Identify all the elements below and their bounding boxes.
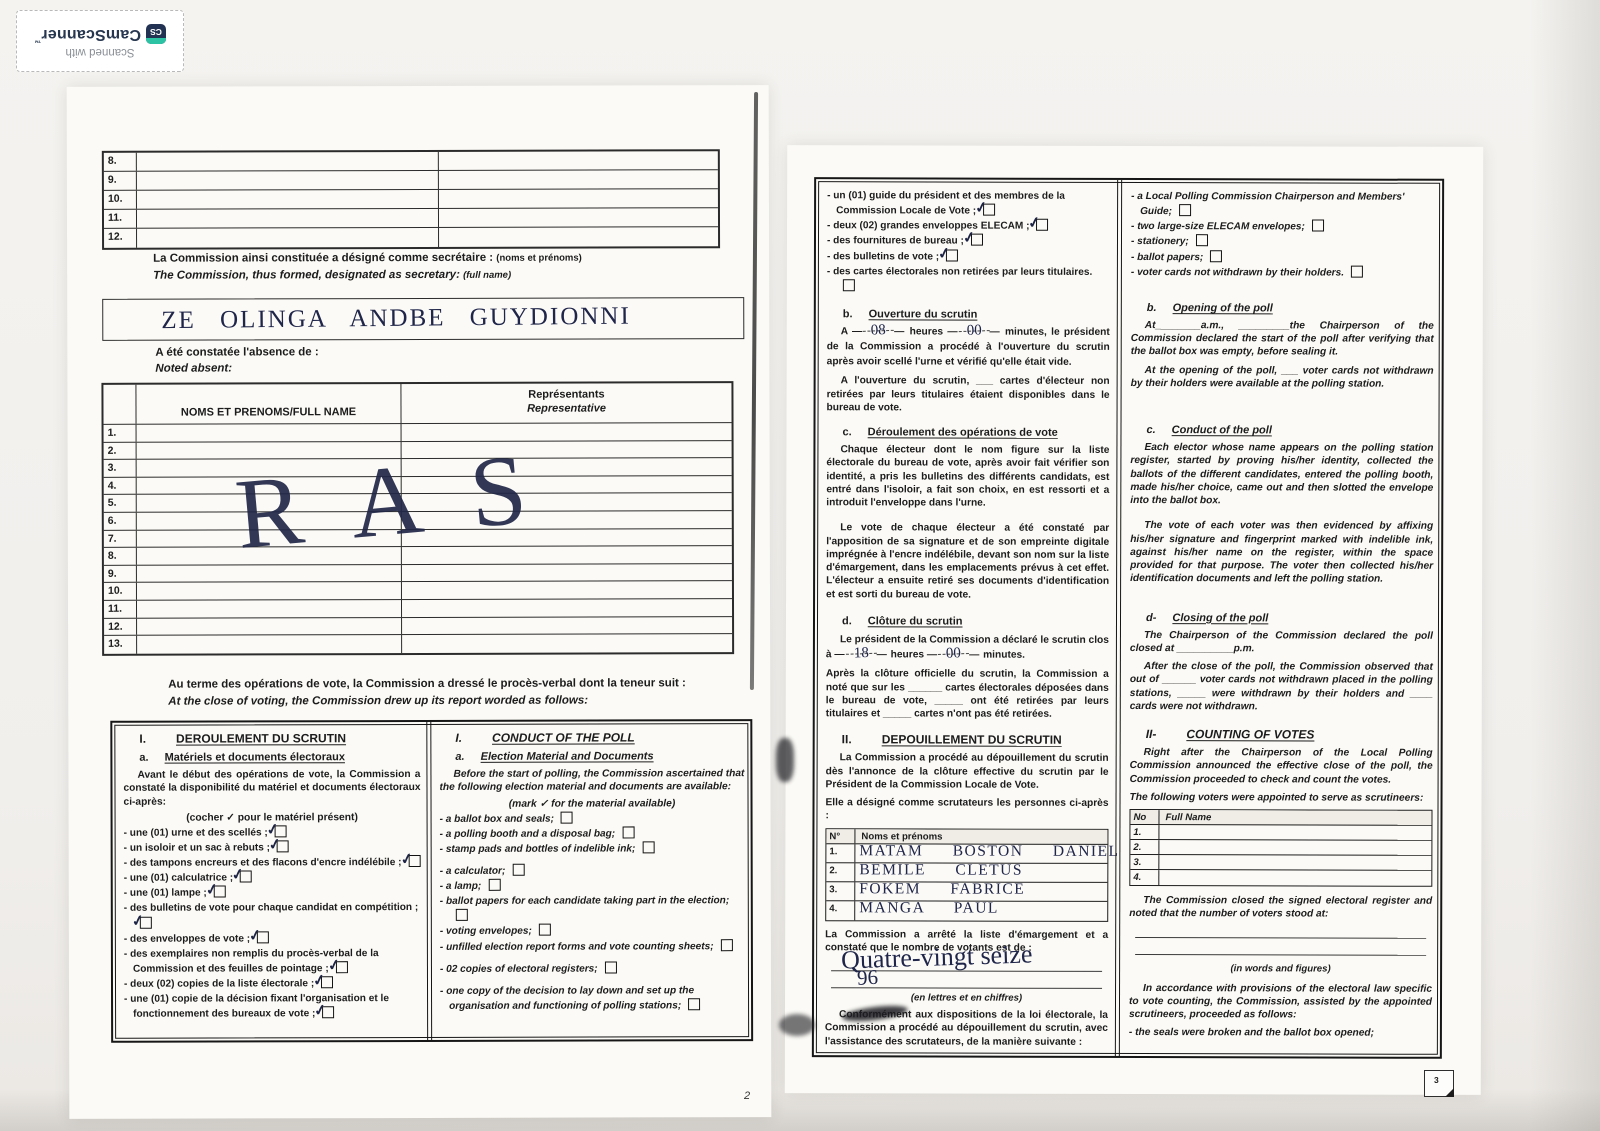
table-row: 12. [104, 617, 732, 636]
checkbox-icon [1037, 219, 1049, 231]
material-item: - stationery; [1131, 234, 1434, 250]
table-row: 2. [1130, 840, 1431, 856]
checkbox-icon [1210, 250, 1222, 262]
blank-line [1135, 940, 1426, 956]
table-row: 4.MANGA PAUL [826, 901, 1107, 921]
table-header: NoFull Name [1130, 810, 1431, 826]
poll-report-box: - un (01) guide du président et des memb… [812, 177, 1444, 1059]
material-item: - stamp pads and bottles of indelible in… [440, 841, 745, 857]
material-item: - une (01) calculatrice ; [124, 870, 421, 886]
scrutineers-table-en: NoFull Name 1. 2. 3. 4. [1129, 809, 1432, 887]
section-ii-title: DEPOUILLEMENT DU SCRUTIN [882, 733, 1062, 747]
checkbox-icon [336, 961, 348, 973]
ink-smudge [776, 738, 794, 782]
checkbox-icon [456, 909, 468, 921]
check-instruction: (mark ✓ for the material available) [440, 797, 745, 810]
section-c-title: Déroulement des opérations de vote [868, 426, 1058, 438]
checkbox-icon [843, 279, 855, 291]
material-item: - une (01) lampe ; [124, 885, 421, 901]
section-ii-title: COUNTING OF VOTES [1186, 727, 1314, 741]
table-row: 10. [104, 189, 718, 210]
secretary-designation: La Commission ainsi constituée a désigné… [153, 250, 582, 284]
scanned-with-label: Scanned with [65, 46, 134, 58]
section-b-title: Ouverture du scrutin [869, 308, 978, 320]
secretary-name-field: ZE OLINGA ANDBE GUYDIONNI [102, 297, 744, 341]
close-of-voting-statement: Au terme des opérations de vote, la Comm… [168, 675, 686, 710]
handwritten-minute: 00 [938, 653, 969, 655]
table-row: 4. [1130, 870, 1431, 886]
material-item: - a lamp; [440, 878, 745, 894]
handwritten-secretary-name: ZE OLINGA ANDBE GUYDIONNI [103, 303, 631, 336]
handwritten-scrutineer-name: FOKEM FABRICE [859, 880, 1025, 898]
words-figures-note: (in words and figures) [1129, 963, 1432, 975]
blank-line [1135, 923, 1426, 939]
checkbox-icon [642, 841, 654, 853]
table-row: 1. [104, 423, 732, 442]
camscanner-watermark: Scanned with CS CamScanner™ [16, 10, 184, 72]
scan-edge-shadow-right [1530, 0, 1600, 1131]
members-table-continued: 8. 9. 10. 11. 12. [102, 149, 720, 250]
material-item: - one copy of the decision to lay down a… [440, 983, 745, 1014]
material-item: - des cartes électorales non retirées pa… [827, 264, 1110, 295]
material-item: - des fournitures de bureau ; [827, 234, 1110, 250]
paragraph: La Commission a procédé au dépouillement… [826, 752, 1109, 792]
handwritten-minute: 00 [959, 330, 990, 332]
table-row: 3. [1130, 855, 1431, 871]
seals-line: - the seals were broken and the ballot b… [1129, 1026, 1432, 1040]
paragraph: Right after the Chairperson of the Local… [1130, 746, 1433, 787]
paragraph: The vote of each voter was then evidence… [1130, 519, 1433, 586]
table-row: 11. [104, 208, 718, 229]
paragraph: In accordance with provisions of the ele… [1129, 982, 1432, 1023]
handwritten-count-figures: 96 [856, 965, 878, 991]
material-item: - un isoloir et un sac à rebuts ; [124, 840, 421, 856]
checkbox-icon [512, 864, 524, 876]
english-column: - a Local Polling Commission Chairperson… [1129, 189, 1434, 1040]
checkbox-icon [488, 879, 500, 891]
checkbox-icon [721, 939, 733, 951]
checkbox-icon [277, 840, 289, 852]
checkbox-icon [240, 871, 252, 883]
checkbox-icon [1312, 220, 1324, 232]
material-item: - unfilled election report forms and vot… [440, 939, 745, 955]
section-c-title: Conduct of the poll [1172, 424, 1272, 436]
table-row: 8. [104, 151, 718, 172]
camscanner-icon: CS [146, 24, 166, 44]
checkbox-icon [946, 249, 958, 261]
material-item: - 02 copies of electoral registers; [440, 961, 745, 977]
paragraph: Après la clôture officielle du scrutin, … [826, 668, 1109, 722]
page-left: 8. 9. 10. 11. 12. La Commission ainsi co… [67, 85, 772, 1119]
material-item: - a polling booth and a disposal bag; [440, 826, 745, 842]
column-divider [1115, 180, 1122, 1056]
paragraph: Before the start of polling, the Commiss… [439, 767, 744, 794]
checkbox-icon [140, 916, 152, 928]
checkbox-icon [321, 976, 333, 988]
material-item: - une (01) copie de la décision fixant l… [124, 991, 421, 1022]
checkbox-icon [257, 931, 269, 943]
checkbox-icon [561, 811, 573, 823]
checkbox-icon [1351, 265, 1363, 277]
checkbox-icon [688, 998, 700, 1010]
scrutineers-table-fr: N°Noms et prénoms 1.MATAM BOSTON DANIEL … [825, 828, 1108, 922]
paragraph-closing: Le président de la Commission a déclaré … [826, 632, 1109, 663]
table-row: 9. [104, 170, 718, 191]
checkbox-icon [605, 961, 617, 973]
page-right: - un (01) guide du président et des memb… [785, 145, 1483, 1095]
paragraph: Le vote de chaque électeur a été constat… [826, 522, 1109, 602]
english-column: I.CONDUCT OF THE POLL a.Election Materia… [439, 730, 745, 1014]
column-full-name: NOMS ET PRENOMS/FULL NAME [136, 384, 401, 424]
material-item: - ballot papers for each candidate takin… [440, 893, 745, 924]
french-column: - un (01) guide du président et des memb… [825, 188, 1110, 1049]
checkbox-icon [1179, 204, 1191, 216]
absent-table-header: NOMS ET PRENOMS/FULL NAME Représentants … [103, 383, 731, 425]
subsection-title: Election Material and Documents [481, 750, 654, 762]
section-b-title: Opening of the poll [1173, 302, 1273, 314]
absent-label: A été constatée l'absence de : Noted abs… [155, 344, 318, 377]
table-row: 1. [1130, 825, 1431, 841]
paragraph: At________a.m., _________the Chairperson… [1131, 319, 1434, 360]
table-row: 12. [104, 227, 718, 248]
french-column: I.DEROULEMENT DU SCRUTIN a.Matériels et … [123, 731, 421, 1022]
paragraph: Each elector whose name appears on the p… [1130, 441, 1433, 508]
paragraph: Avant le début des opérations de vote, l… [123, 768, 420, 809]
material-item: - ballot papers; [1131, 250, 1434, 266]
paragraph: The following voters were appointed to s… [1130, 791, 1433, 805]
material-item: - deux (02) copies de la liste électoral… [124, 976, 421, 992]
section-title: DEROULEMENT DU SCRUTIN [176, 731, 346, 745]
checkbox-icon [408, 855, 420, 867]
material-item: - a Local Polling Commission Chairperson… [1131, 189, 1434, 220]
material-item: - des bulletins de vote ; [827, 249, 1110, 265]
scanned-document-page: Scanned with CS CamScanner™ 8. 9. 10. 11… [0, 0, 1600, 1131]
paragraph: Chaque électeur dont le nom figure sur l… [826, 443, 1109, 510]
handwritten-scrutineer-name: MANGA PAUL [859, 899, 999, 917]
table-row: 10. [104, 582, 732, 601]
checkbox-icon [214, 886, 226, 898]
handwritten-scrutineer-name: MATAM BOSTON DANIEL [859, 842, 1119, 861]
camscanner-brand: CamScanner™ [34, 25, 141, 43]
column-divider [426, 722, 431, 1040]
table-row: 13. [104, 634, 732, 653]
page-number-right: 3 [1424, 1070, 1454, 1097]
checkbox-icon [622, 826, 634, 838]
material-item: - two large-size ELECAM envelopes; [1131, 219, 1434, 235]
voters-count-figures-line: 96 [831, 973, 1102, 989]
handwritten-hour: 18 [846, 653, 877, 655]
ink-smudge [779, 1014, 815, 1036]
section-d-title: Closing of the poll [1172, 612, 1268, 624]
table-row: 11. [104, 599, 732, 618]
material-item: - des tampons encreurs et des flacons d'… [124, 855, 421, 871]
column-representative: Représentants Representative [401, 383, 731, 423]
checkbox-icon [322, 1007, 334, 1019]
table-row: 9. [104, 564, 732, 583]
handwritten-scrutineer-name: BEMILE CLETUS [859, 861, 1023, 879]
paragraph: Elle a désigné comme scrutateurs les per… [825, 796, 1108, 823]
section-title: CONDUCT OF THE POLL [492, 730, 635, 744]
section-d-title: Clôture du scrutin [868, 615, 963, 627]
handwritten-hour: 08 [863, 330, 894, 332]
conduct-of-poll-box: I.DEROULEMENT DU SCRUTIN a.Matériels et … [110, 719, 753, 1043]
paragraph: The Chairperson of the Commission declar… [1130, 629, 1433, 656]
material-item: - a calculator; [440, 863, 745, 879]
checkbox-icon [971, 234, 983, 246]
words-figures-note: (en lettres et en chiffres) [825, 992, 1108, 1004]
material-item: - un (01) guide du président et des memb… [827, 188, 1110, 219]
page-number-left: 2 [744, 1090, 750, 1102]
checkbox-icon [983, 204, 995, 216]
register-statement: The Commission closed the signed elector… [1129, 894, 1432, 921]
material-item: - voter cards not withdrawn by their hol… [1131, 265, 1434, 281]
checkbox-icon [539, 924, 551, 936]
paragraph: After the close of the poll, the Commiss… [1130, 660, 1433, 714]
material-item: - des enveloppes de vote ; [124, 931, 421, 947]
paragraph: At the opening of the poll, ___ voter ca… [1131, 364, 1434, 391]
material-item: - a ballot box and seals; [440, 811, 745, 827]
material-item: - voting envelopes; [440, 924, 745, 940]
material-item: - des bulletins de vote pour chaque cand… [124, 900, 421, 931]
material-item: - des exemplaires non remplis du procès-… [124, 946, 421, 977]
checkbox-icon [1196, 235, 1208, 247]
paragraph: A l'ouverture du scrutin, ___ cartes d'é… [827, 375, 1110, 415]
paragraph-opening: A —08— heures —00— minutes, le président… [827, 325, 1110, 370]
subsection-title: Matériels et documents électoraux [165, 751, 345, 763]
